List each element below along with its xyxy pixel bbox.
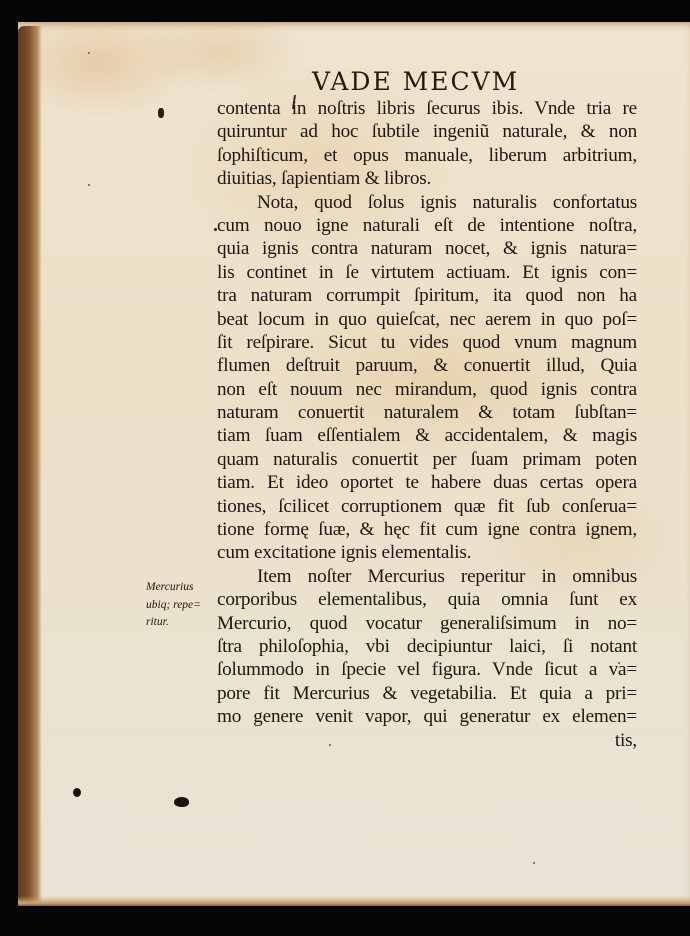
- text-line: cum nouo igne naturali eſt de intentione…: [217, 214, 637, 237]
- marginal-note-line: Mercurius: [146, 579, 201, 597]
- text-line: contenta in noſtris libris ſecurus ibis.…: [217, 97, 637, 120]
- text-line: quia ignis contra naturam nocet, & ignis…: [217, 237, 637, 260]
- book-page: VADE MECVM contenta in noſtris libris ſe…: [18, 22, 690, 906]
- marginal-note-line: ubiq; repe=: [146, 597, 201, 615]
- text-line: ſit reſpirare. Sicut tu vides quod vnum …: [217, 331, 637, 354]
- paper-speck: [88, 52, 90, 54]
- text-line: cum excitatione ignis elementalis.: [217, 541, 637, 564]
- running-head-title: VADE MECVM: [312, 67, 519, 96]
- text-line: corporibus elementalibus, quia omnia ſun…: [217, 588, 637, 611]
- text-line: diuitias, ſapientiam & libros.: [217, 167, 637, 190]
- text-line: pore fit Mercurius & vegetabilia. Et qui…: [217, 682, 637, 705]
- paper-speck: [533, 862, 535, 864]
- text-line: mo genere venit vapor, qui generatur ex …: [217, 705, 637, 728]
- text-line: non eſt nouum nec mirandum, quod ignis c…: [217, 378, 637, 401]
- ink-mark: [158, 108, 164, 118]
- text-line: beat locum in quo quieſcat, nec aerem in…: [217, 308, 637, 331]
- text-line: ſophiſticum, et opus manuale, liberum ar…: [217, 144, 637, 167]
- text-line: tiam ſuam eſſentialem & accidentalem, & …: [217, 424, 637, 447]
- body-text: contenta in noſtris libris ſecurus ibis.…: [217, 97, 637, 752]
- paragraph-start-line: Item noſter Mercurius reperitur in omnib…: [217, 565, 637, 588]
- text-line: tione formę ſuæ, & hęc fit cum igne cont…: [217, 518, 637, 541]
- ink-blot: [73, 788, 81, 797]
- text-line: tiam. Et ideo oportet te habere duas cer…: [217, 471, 637, 494]
- paper-speck: [618, 662, 620, 664]
- text-line: quam naturalis conuertit per ſuam primam…: [217, 448, 637, 471]
- paragraph-start-line: Nota, quod ſolus ignis naturalis confort…: [217, 191, 637, 214]
- ink-blot: [174, 797, 189, 807]
- text-line: tra naturam corrumpit ſpiritum, ita quod…: [217, 284, 637, 307]
- catchword-line: tis,: [217, 729, 637, 752]
- scanned-book-page-view: VADE MECVM contenta in noſtris libris ſe…: [0, 0, 690, 936]
- page-bottom-edge: [18, 896, 690, 906]
- page-gutter-edge: [18, 26, 42, 904]
- paper-speck: [88, 184, 90, 186]
- text-line: naturam conuertit naturalem & totam ſubſ…: [217, 401, 637, 424]
- text-line: ſtra philoſophia, vbi decipiuntur laici,…: [217, 635, 637, 658]
- marginal-note-line: ritur.: [146, 614, 201, 632]
- paper-speck: [329, 744, 331, 746]
- text-line: Mercurio, quod vocatur generaliſsimum in…: [217, 612, 637, 635]
- text-line: ſolummodo in ſpecie vel figura. Vnde ſic…: [217, 658, 637, 681]
- text-line: tiones, ſcilicet corruptionem quæ fit ſu…: [217, 495, 637, 518]
- text-line: flumen deſtruit paruum, & conuertit illu…: [217, 354, 637, 377]
- marginal-note: Mercurius ubiq; repe= ritur.: [146, 579, 201, 632]
- text-line: lis continet in ſe virtutem actiuam. Et …: [217, 261, 637, 284]
- text-line: quiruntur ad hoc ſubtile ingeniũ natural…: [217, 120, 637, 143]
